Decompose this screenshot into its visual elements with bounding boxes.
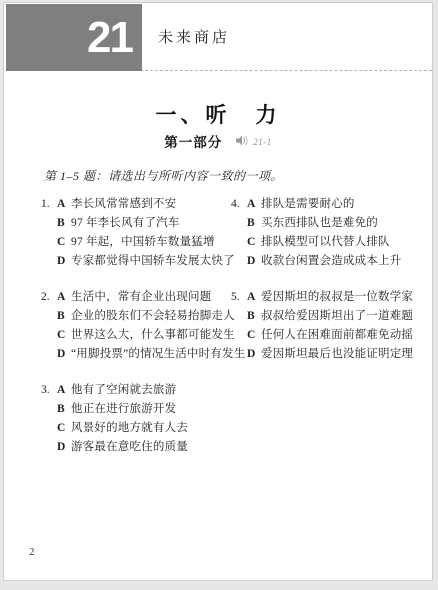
option-row: C97 年起，中国轿车数量猛增 bbox=[57, 233, 235, 252]
option-text: 爱因斯坦的叔叔是一位数学家 bbox=[261, 288, 413, 307]
page-number: 2 bbox=[29, 546, 35, 558]
option-row: D爱因斯坦最后也没能证明定理 bbox=[247, 345, 418, 364]
option-letter: B bbox=[57, 214, 71, 233]
instructions: 第 1–5 题：请选出与所听内容一致的一项。 bbox=[44, 167, 432, 184]
question-options: A李长风常常感到不安B97 年李长风有了汽车C97 年起，中国轿车数量猛增D专家… bbox=[57, 195, 235, 271]
option-letter: C bbox=[57, 419, 71, 438]
option-letter: B bbox=[57, 307, 71, 326]
option-text: “用脚投票”的情况生活中时有发生 bbox=[71, 345, 245, 364]
option-row: C世界这么大，什么事都可能发生 bbox=[57, 326, 245, 345]
option-row: B买东西排队也是难免的 bbox=[247, 214, 418, 233]
option-row: B97 年李长风有了汽车 bbox=[57, 214, 235, 233]
option-letter: B bbox=[57, 400, 71, 419]
option-row: C风景好的地方就有人去 bbox=[57, 419, 231, 438]
option-text: 排队是需要耐心的 bbox=[261, 195, 355, 214]
option-letter: C bbox=[247, 326, 261, 345]
option-text: 任何人在困难面前都难免动摇 bbox=[261, 326, 413, 345]
option-row: C任何人在困难面前都难免动摇 bbox=[247, 326, 418, 345]
question-options: A他有了空闲就去旅游B他正在进行旅游开发C风景好的地方就有人去D游客最在意吃住的… bbox=[57, 381, 231, 457]
option-letter: A bbox=[57, 381, 71, 400]
option-row: D游客最在意吃住的质量 bbox=[57, 438, 231, 457]
option-letter: A bbox=[247, 195, 261, 214]
question: 4.A排队是需要耐心的B买东西排队也是难免的C排队模型可以代替人排队D收款台闲置… bbox=[231, 195, 418, 271]
option-row: D“用脚投票”的情况生活中时有发生 bbox=[57, 345, 245, 364]
option-row: B叔叔给爱因斯坦出了一道难题 bbox=[247, 307, 418, 326]
lesson-number: 21 bbox=[87, 16, 132, 60]
option-row: C排队模型可以代替人排队 bbox=[247, 233, 418, 252]
option-text: 叔叔给爱因斯坦出了一道难题 bbox=[261, 307, 413, 326]
question-number: 5. bbox=[231, 288, 247, 364]
option-text: 风景好的地方就有人去 bbox=[71, 419, 188, 438]
part-title: 第一部分 bbox=[164, 135, 222, 150]
option-text: 游客最在意吃住的质量 bbox=[71, 438, 188, 457]
audio-track-label: 21-1 bbox=[253, 133, 272, 151]
option-text: 他正在进行旅游开发 bbox=[71, 400, 176, 419]
questions-column-left: 1.A李长风常常感到不安B97 年李长风有了汽车C97 年起，中国轿车数量猛增D… bbox=[41, 195, 231, 474]
speaker-icon bbox=[236, 133, 249, 151]
option-row: A排队是需要耐心的 bbox=[247, 195, 418, 214]
option-letter: D bbox=[247, 252, 261, 271]
question: 5.A爱因斯坦的叔叔是一位数学家B叔叔给爱因斯坦出了一道难题C任何人在困难面前都… bbox=[231, 288, 418, 364]
option-row: B企业的股东们不会轻易抬脚走人 bbox=[57, 307, 245, 326]
option-letter: B bbox=[247, 214, 261, 233]
dashed-divider bbox=[140, 70, 432, 71]
option-row: A李长风常常感到不安 bbox=[57, 195, 235, 214]
option-letter: D bbox=[57, 438, 71, 457]
lesson-number-box: 21 bbox=[6, 4, 142, 71]
option-letter: C bbox=[57, 326, 71, 345]
option-text: 生活中，常有企业出现问题 bbox=[71, 288, 211, 307]
option-text: 企业的股东们不会轻易抬脚走人 bbox=[71, 307, 235, 326]
question: 3.A他有了空闲就去旅游B他正在进行旅游开发C风景好的地方就有人去D游客最在意吃… bbox=[41, 381, 231, 457]
option-text: 爱因斯坦最后也没能证明定理 bbox=[261, 345, 413, 364]
question-number: 2. bbox=[41, 288, 57, 364]
option-text: 世界这么大，什么事都可能发生 bbox=[71, 326, 235, 345]
question-options: A生活中，常有企业出现问题B企业的股东们不会轻易抬脚走人C世界这么大，什么事都可… bbox=[57, 288, 245, 364]
question-number: 3. bbox=[41, 381, 57, 457]
option-row: A他有了空闲就去旅游 bbox=[57, 381, 231, 400]
part-row: 第一部分21-1 bbox=[4, 133, 432, 152]
lesson-header: 21 未来商店 bbox=[4, 3, 432, 72]
option-letter: A bbox=[57, 195, 71, 214]
option-text: 排队模型可以代替人排队 bbox=[261, 233, 390, 252]
book-page: 21 未来商店 一、听 力 第一部分21-1 第 1–5 题：请选出与所听内容一… bbox=[3, 2, 433, 581]
option-text: 他有了空闲就去旅游 bbox=[71, 381, 176, 400]
option-row: A生活中，常有企业出现问题 bbox=[57, 288, 245, 307]
option-letter: D bbox=[57, 252, 71, 271]
question: 2.A生活中，常有企业出现问题B企业的股东们不会轻易抬脚走人C世界这么大，什么事… bbox=[41, 288, 231, 364]
option-letter: D bbox=[57, 345, 71, 364]
option-letter: D bbox=[247, 345, 261, 364]
option-text: 买东西排队也是难免的 bbox=[261, 214, 378, 233]
option-text: 收款台闲置会造成成本上升 bbox=[261, 252, 401, 271]
audio-badge: 21-1 bbox=[236, 133, 272, 151]
option-text: 97 年起，中国轿车数量猛增 bbox=[71, 233, 215, 252]
question-number: 4. bbox=[231, 195, 247, 271]
question-options: A排队是需要耐心的B买东西排队也是难免的C排队模型可以代替人排队D收款台闲置会造… bbox=[247, 195, 418, 271]
option-row: B他正在进行旅游开发 bbox=[57, 400, 231, 419]
option-letter: B bbox=[247, 307, 261, 326]
question-options: A爱因斯坦的叔叔是一位数学家B叔叔给爱因斯坦出了一道难题C任何人在困难面前都难免… bbox=[247, 288, 418, 364]
question-number: 1. bbox=[41, 195, 57, 271]
option-row: A爱因斯坦的叔叔是一位数学家 bbox=[247, 288, 418, 307]
option-letter: A bbox=[247, 288, 261, 307]
question: 1.A李长风常常感到不安B97 年李长风有了汽车C97 年起，中国轿车数量猛增D… bbox=[41, 195, 231, 271]
option-text: 专家都觉得中国轿车发展太快了 bbox=[71, 252, 235, 271]
option-letter: C bbox=[57, 233, 71, 252]
questions-area: 1.A李长风常常感到不安B97 年李长风有了汽车C97 年起，中国轿车数量猛增D… bbox=[4, 195, 432, 474]
lesson-title: 未来商店 bbox=[158, 3, 230, 70]
option-letter: C bbox=[247, 233, 261, 252]
option-text: 李长风常常感到不安 bbox=[71, 195, 176, 214]
option-letter: A bbox=[57, 288, 71, 307]
option-text: 97 年李长风有了汽车 bbox=[71, 214, 180, 233]
section-title: 一、听 力 bbox=[4, 102, 432, 128]
option-row: D专家都觉得中国轿车发展太快了 bbox=[57, 252, 235, 271]
option-row: D收款台闲置会造成成本上升 bbox=[247, 252, 418, 271]
questions-column-right: 4.A排队是需要耐心的B买东西排队也是难免的C排队模型可以代替人排队D收款台闲置… bbox=[231, 195, 418, 474]
